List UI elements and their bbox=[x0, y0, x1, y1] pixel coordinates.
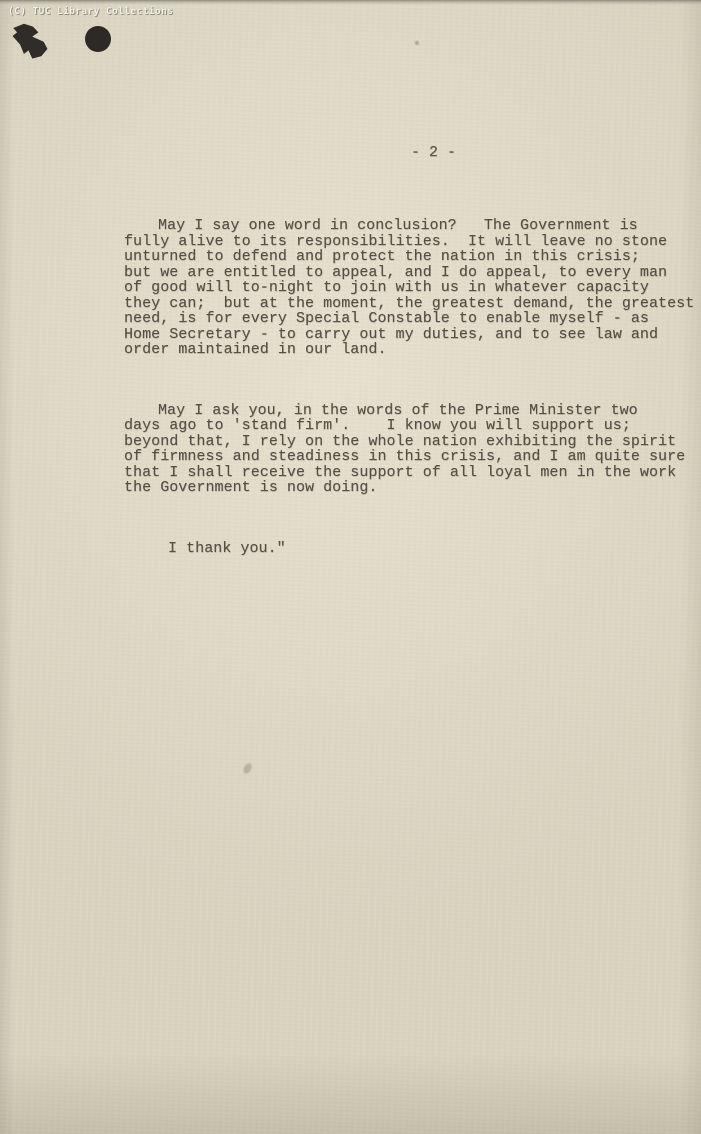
paper-speck bbox=[242, 762, 253, 775]
text-line: the Government is now doing. bbox=[124, 480, 701, 496]
text-line: but we are entitled to appeal, and I do … bbox=[124, 265, 701, 281]
paper-speck bbox=[415, 41, 419, 45]
text-line: of firmness and steadiness in this crisi… bbox=[124, 449, 701, 465]
paragraph-conclusion: May I say one word in conclusion? The Go… bbox=[124, 218, 701, 358]
scan-top-edge bbox=[0, 0, 701, 5]
text-line: they can; but at the moment, the greates… bbox=[124, 296, 701, 312]
text-line: order maintained in our land. bbox=[124, 342, 701, 358]
text-line: beyond that, I rely on the whole nation … bbox=[124, 434, 701, 450]
scanned-document-page: (C) TUC Library Collections - 2 - May I … bbox=[0, 0, 701, 1134]
library-watermark: (C) TUC Library Collections bbox=[8, 6, 173, 17]
text-line: I thank you." bbox=[124, 541, 701, 557]
text-line: May I say one word in conclusion? The Go… bbox=[124, 218, 701, 234]
paragraph-stand-firm: May I ask you, in the words of the Prime… bbox=[124, 403, 701, 496]
text-line: days ago to 'stand firm'. I know you wil… bbox=[124, 418, 701, 434]
text-line: of good will to-night to join with us in… bbox=[124, 280, 701, 296]
text-line: May I ask you, in the words of the Prime… bbox=[124, 403, 701, 419]
typewritten-text-body: May I say one word in conclusion? The Go… bbox=[124, 187, 701, 601]
text-line: need, is for every Special Constable to … bbox=[124, 311, 701, 327]
text-line: fully alive to its responsibilities. It … bbox=[124, 234, 701, 250]
text-line: unturned to defend and protect the natio… bbox=[124, 249, 701, 265]
text-line: Home Secretary - to carry out my duties,… bbox=[124, 327, 701, 343]
ink-blot-mark bbox=[11, 23, 49, 59]
paragraph-thanks: I thank you." bbox=[124, 541, 701, 557]
punch-hole-dot-mark bbox=[85, 26, 111, 52]
page-number: - 2 - bbox=[411, 144, 456, 161]
text-line: that I shall receive the support of all … bbox=[124, 465, 701, 481]
